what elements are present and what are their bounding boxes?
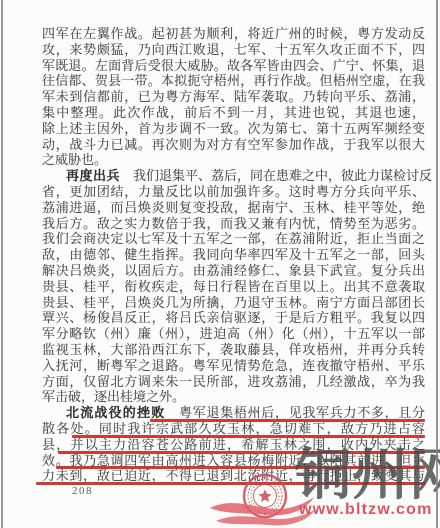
text-line: 动，战斗力已减。再次则为对方有空军参加作战，于我军以很大	[42, 137, 425, 153]
page-number: 208	[72, 485, 93, 497]
text-line-rest: 我们退集平、荔后，同在患难之中，彼此力谋检讨反	[120, 168, 432, 183]
text-line: 军既退。左面背后受很大威胁。故各军皆由四会、广宁、怀集，退	[42, 58, 425, 74]
text-line: 攻，来势颇猛，乃向西江败退，七军、十五军久攻正面不下，四	[42, 42, 425, 58]
text-line: 军击破，逐出桂境之外。	[42, 389, 425, 405]
text-line: 集中整理。此次作战，前后不到一月，其进也锐，其退也速，	[42, 105, 425, 121]
text-line: 监视玉林，大部沿西江东下，袭取藤县，佯攻梧州，并再分兵转	[42, 342, 425, 358]
text-line: 军分略钦（州）廉（州），进迫高（州）化（州），十五军以一部	[42, 326, 425, 342]
red-ribbon-icon	[206, 494, 318, 528]
scanned-book-page: 四军在左翼作战。起初甚为顺利，将近广州的时候，粤方发动反攻，来势颇猛，乃向西江败…	[0, 0, 440, 528]
text-line-rest: 粤军退集梧州后，见我军兵力不多，且分	[165, 405, 425, 420]
text-line: 省，更加团结，力量反比以前加强许多。这时粤方分兵向平乐、	[42, 184, 425, 200]
red-underline-mark	[72, 435, 425, 438]
text-line: 我后方。敌之实力数倍于我，而我又兼有内忧，情势至为恶劣。	[42, 216, 425, 232]
text-line: 往信都、贺县一带。本拟扼守梧州，再行作战。但梧州空虚，在我	[42, 73, 425, 89]
red-underline-mark	[56, 466, 425, 469]
text-line: 军未到信都前，已为粤方海军、陆军袭取。乃转向平乐、荔浦，	[42, 89, 425, 105]
section-heading: 北流战役的挫败	[66, 405, 165, 420]
red-underline-mark	[58, 451, 425, 454]
body-text: 四军在左翼作战。起初甚为顺利，将近广州的时候，粤方发动反攻，来势颇猛，乃向西江败…	[42, 26, 425, 484]
text-line: 四军在左翼作战。起初甚为顺利，将近广州的时候，粤方发动反	[42, 26, 425, 42]
red-underline-mark	[150, 419, 425, 422]
scan-edge-left	[1, 0, 3, 528]
text-line: 之威胁也。	[42, 152, 425, 168]
text-line: 贵县、桂平，衔枚疾走，每日行程皆在百里以上。出其不意袭取	[42, 279, 425, 295]
text-line: 入抚河，断粤军之退路。粤军见情势危急，连夜撤守梧州、平乐	[42, 358, 425, 374]
text-line: 我们会商决定以七军及十五军之一部，在荔浦附近，拒止当面之	[42, 231, 425, 247]
red-underline-mark	[36, 482, 425, 485]
text-line: 贵县、桂平，吕焕炎几为所擒，乃退守玉林。南宁方面吕部团长	[42, 295, 425, 311]
text-line: 覃兴、杨俊昌反正，将吕氏亲信驱逐，于是后方粗平。我复以四	[42, 310, 425, 326]
section-heading: 再度出兵	[66, 168, 120, 183]
paragraph-heading-line: 再度出兵 我们退集平、荔后，同在患难之中，彼此力谋检讨反	[42, 168, 425, 184]
text-line: 解决吕焕炎，以固后方。由荔浦经修仁、象县下武宣。复分兵出	[42, 263, 425, 279]
text-line: 方面，仅留北方调来朱一民所部，进攻荔浦，几经激战，卒为我	[42, 374, 425, 390]
watermark-site-url: www.bltzw.com	[299, 501, 433, 519]
scan-edge-right	[436, 0, 438, 528]
text-line: 除上述主因外，首为步调不一致。次为第七、第十五两军频经变	[42, 121, 425, 137]
text-line: 敌，由德邻、健生指挥。我同向华率四军及十五军之一部，回头	[42, 247, 425, 263]
text-line: 荔浦进逼，而吕焕炎则复变投敌，据南宁、玉林、桂平等处，绝	[42, 200, 425, 216]
